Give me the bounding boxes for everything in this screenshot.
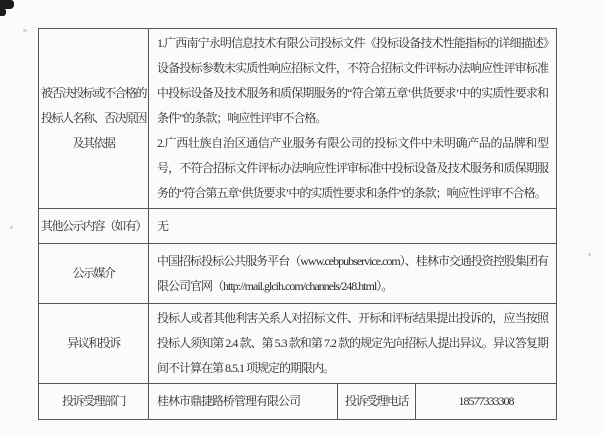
row-rejected-bidders: 被否决投标或不合格的投标人名称、否决原因及其依据 1.广西南宁永明信息技术有限公… [39,29,557,209]
row-complaint-contact: 投诉受理部门 桂林市鼎捷路桥管理有限公司 投诉受理电话 18577333308 [39,384,557,420]
row-other-content: 其他公示内容（如有） 无 [39,209,557,244]
scan-speck [23,29,27,32]
publicity-media-value: 中国招标投标公共服务平台（www.cebpubservice.com）、桂林市交… [149,244,557,304]
objection-value: 投标人或者其他利害关系人对招标文件、开标和评标结果提出投诉的，应当按照投标人须知… [149,304,557,384]
complaint-dept-label: 投诉受理部门 [39,384,149,420]
rejected-item-2: 2.广西壮族自治区通信产业服务有限公司的投标文件中未明确产品的品牌和型号，不符合… [157,131,548,206]
scan-speck [588,253,591,256]
other-content-label: 其他公示内容（如有） [39,209,149,244]
publicity-media-label: 公示媒介 [39,244,149,304]
other-content-value: 无 [149,209,557,244]
rejected-item-1: 1.广西南宁永明信息技术有限公司投标文件《投标设备技术性能指标的详细描述》设备投… [157,31,548,131]
objection-label: 异议和投诉 [39,304,149,384]
scan-artifact-corner-small [0,9,6,16]
scan-speck [10,226,13,229]
tender-announcement-table: 被否决投标或不合格的投标人名称、否决原因及其依据 1.广西南宁永明信息技术有限公… [38,28,557,420]
rejected-bidders-content: 1.广西南宁永明信息技术有限公司投标文件《投标设备技术性能指标的详细描述》设备投… [149,29,557,209]
scan-artifact-corner [0,0,14,9]
complaint-phone-label: 投诉受理电话 [338,384,416,420]
scanned-document-page: 被否决投标或不合格的投标人名称、否决原因及其依据 1.广西南宁永明信息技术有限公… [0,0,604,434]
row-objection-complaint: 异议和投诉 投标人或者其他利害关系人对招标文件、开标和评标结果提出投诉的，应当按… [39,304,557,384]
rejected-bidders-label: 被否决投标或不合格的投标人名称、否决原因及其依据 [39,29,149,209]
row-publicity-media: 公示媒介 中国招标投标公共服务平台（www.cebpubservice.com）… [39,244,557,304]
complaint-dept-value: 桂林市鼎捷路桥管理有限公司 [149,384,338,420]
complaint-phone-value: 18577333308 [416,384,557,420]
